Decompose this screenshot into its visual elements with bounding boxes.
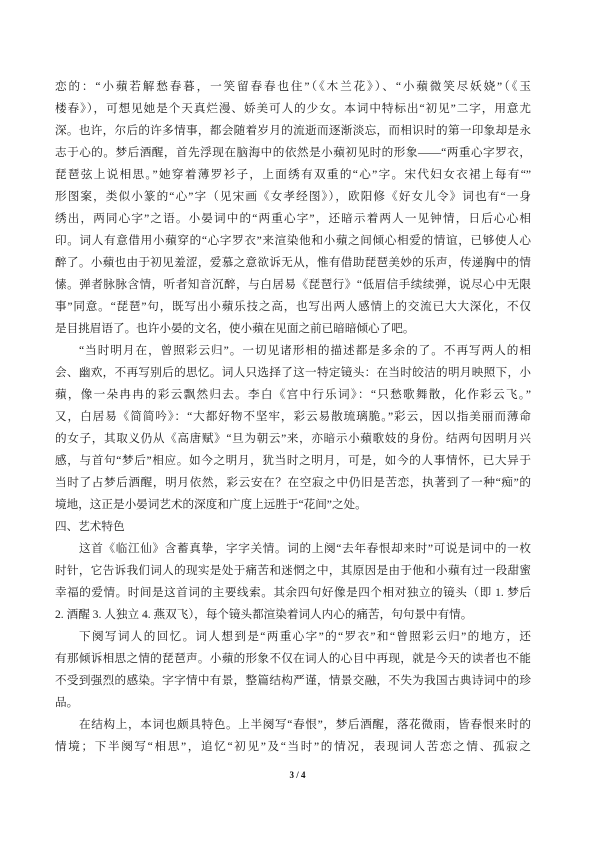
text-line: 2. 酒醒 3. 人独立 4. 燕双飞），每个镜头都渲染着词人内心的痛苦，句句景… xyxy=(55,604,531,626)
text-line: 事”同意。“琵琶”句，既写出小蘋乐技之高，也写出两人感情上的交流已大大深化，不仅 xyxy=(55,296,531,318)
text-line: 蘋，像一朵冉冉的彩云飘然归去。李白《宫中行乐词》：“只愁歌舞散，化作彩云飞。” xyxy=(55,384,531,406)
text-line: “当时明月在，曾照彩云归”。一切见诸形相的描述都是多余的了。不再写两人的相 xyxy=(55,340,531,362)
text-line: 又，白居易《简简吟》：“大都好物不坚牢，彩云易散琉璃脆。”彩云，因以指美丽而薄命 xyxy=(55,406,531,428)
text-line: 境地，这正是小晏词艺术的深度和广度上远胜于“花间”之处。 xyxy=(55,494,531,516)
text-line: 情境；下半阕写“相思”，追忆“初见”及“当时”的情况，表现词人苦恋之情、孤寂之 xyxy=(55,736,531,758)
paragraph-second-stanza: 下阕写词人的回忆。词人想到是“两重心字”的“罗衣”和“曾照彩云归”的地方，还 有… xyxy=(55,626,531,714)
text-line: 愫。弹者脉脉含情，听者知音沉醉，与白居易《琵琶行》“低眉信手续续弹，说尽心中无限 xyxy=(55,274,531,296)
text-line: 是目挑眉语了。也许小晏的文名，使小蘋在见面之前已暗暗倾心了吧。 xyxy=(55,318,531,340)
text-line: 志于心的。梦后酒醒，首先浮现在脑海中的依然是小蘋初见时的形象——“两重心字罗衣， xyxy=(55,142,531,164)
page-number: 3 / 4 xyxy=(0,769,595,781)
text-line: 有那倾诉相思之情的琵琶声。小蘋的形象不仅在词人的心目中再现，就是今天的读者也不能 xyxy=(55,648,531,670)
text-line: 琵琶弦上说相思。”她穿着薄罗衫子，上面绣有双重的“心”字。宋代妇女衣裙上每有“” xyxy=(55,164,531,186)
paragraph-structure: 在结构上，本词也颇具特色。上半阕写“春恨”，梦后酒醒，落花微雨，皆春恨来时的 情… xyxy=(55,714,531,758)
text-line: 醉了。小蘋也由于初见羞涩，爱慕之意欲诉无从，惟有借助琵琶美妙的乐声，传递胸中的情 xyxy=(55,252,531,274)
text-line: 品。 xyxy=(55,692,531,714)
text-line: 会、幽欢，不再写别后的思忆。词人只选择了这一特定镜头：在当时皎洁的明月映照下，小 xyxy=(55,362,531,384)
paragraph-continuation: 恋的：“小蘋若解愁春暮，一笑留春春也住”（《木兰花》）、“小蘋微笑尽妖娆”（《玉… xyxy=(55,76,531,340)
text-line: 形图案，类似小篆的“心”字（见宋画《女孝经图》），欧阳修《好女儿令》词也有“一身 xyxy=(55,186,531,208)
paragraph-artistic-features: 这首《临江仙》含蓄真挚，字字关情。词的上阕“去年春恨却来时”可说是词中的一枚 时… xyxy=(55,538,531,626)
text-line: 楼春》），可想见她是个天真烂漫、娇美可人的少女。本词中特标出“初见”二字，用意尤 xyxy=(55,98,531,120)
text-line: 的女子，其取义仍从《高唐赋》“旦为朝云”来，亦暗示小蘋歌妓的身份。结两句因明月兴 xyxy=(55,428,531,450)
section-heading: 四、艺术特色 xyxy=(55,516,531,538)
text-line: 当时了占梦后酒醒，明月依然，彩云安在？在空寂之中仍旧是苦恋，执著到了一种“痴”的 xyxy=(55,472,531,494)
document-page: 恋的：“小蘋若解愁春暮，一笑留春春也住”（《木兰花》）、“小蘋微笑尽妖娆”（《玉… xyxy=(0,0,595,841)
text-line: 幸福的爱情。时间是这首词的主要线索。其余四句好像是四个相对独立的镜头（即 1. … xyxy=(55,582,531,604)
text-line: 时针，它告诉我们词人的现实是处于痛苦和迷惘之中，其原因是由于他和小蘋有过一段甜蜜 xyxy=(55,560,531,582)
text-line: 这首《临江仙》含蓄真挚，字字关情。词的上阕“去年春恨却来时”可说是词中的一枚 xyxy=(55,538,531,560)
text-line: 深。也许，尔后的许多情事，都会随着岁月的流逝而逐渐淡忘，而相识时的第一印象却是永 xyxy=(55,120,531,142)
text-line: 在结构上，本词也颇具特色。上半阕写“春恨”，梦后酒醒，落花微雨，皆春恨来时的 xyxy=(55,714,531,736)
text-line: 下阕写词人的回忆。词人想到是“两重心字”的“罗衣”和“曾照彩云归”的地方，还 xyxy=(55,626,531,648)
text-line: 绣出，两同心字”之语。小晏词中的“两重心字”，还暗示着两人一见钟情，日后心心相 xyxy=(55,208,531,230)
section-heading-text: 四、艺术特色 xyxy=(55,516,531,538)
text-line: 印。词人有意借用小蘋穿的“心字罗衣”来渲染他和小蘋之间倾心相爱的情谊，已够使人心 xyxy=(55,230,531,252)
page-body-text: 恋的：“小蘋若解愁春暮，一笑留春春也住”（《木兰花》）、“小蘋微笑尽妖娆”（《玉… xyxy=(55,76,531,758)
text-line: 感，与首句“梦后”相应。如今之明月，犹当时之明月，可是，如今的人事情怀，已大异于 xyxy=(55,450,531,472)
text-line: 不受到强烈的感染。字字情中有景，整篇结构严谨，情景交融，不失为我国古典诗词中的珍 xyxy=(55,670,531,692)
paragraph-moon-and-clouds: “当时明月在，曾照彩云归”。一切见诸形相的描述都是多余的了。不再写两人的相 会、… xyxy=(55,340,531,516)
text-line: 恋的：“小蘋若解愁春暮，一笑留春春也住”（《木兰花》）、“小蘋微笑尽妖娆”（《玉 xyxy=(55,76,531,98)
